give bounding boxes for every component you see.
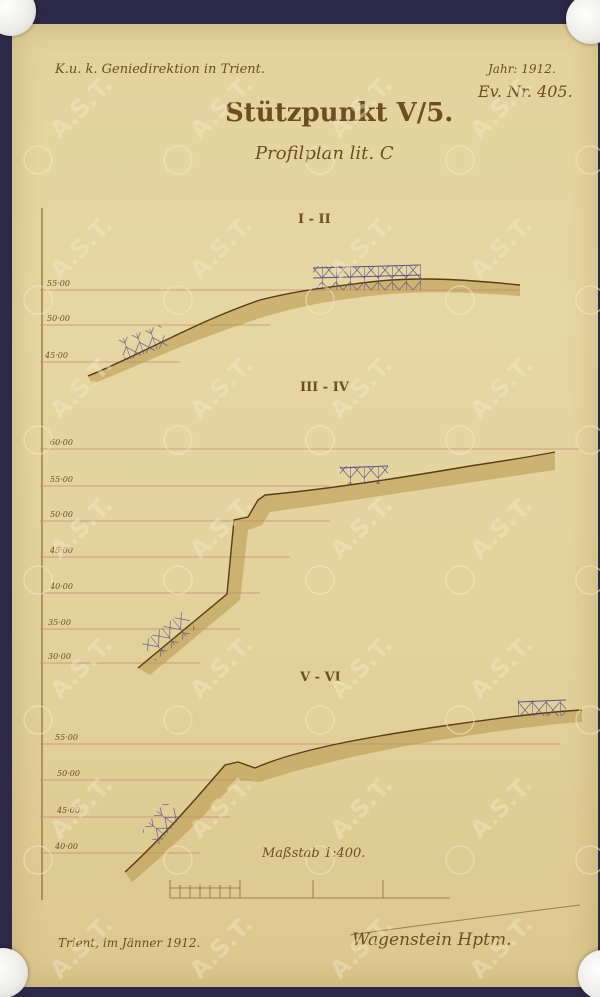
document-title: Stützpunkt V/5. xyxy=(225,98,453,128)
footer-place-date: Trient, im Jänner 1912. xyxy=(58,936,200,950)
document-subtitle: Profilplan lit. C xyxy=(255,143,394,164)
header-year: Jahr: 1912. xyxy=(488,62,556,76)
elev-label: 40·00 xyxy=(55,842,78,851)
elev-label: 45·00 xyxy=(57,806,80,815)
footer-signature: Wagenstein Hptm. xyxy=(352,930,512,950)
elev-label: 40·00 xyxy=(50,582,73,591)
elev-label: 45·00 xyxy=(45,351,68,360)
elev-label: 30·00 xyxy=(48,652,71,661)
elev-label: 50·00 xyxy=(50,510,73,519)
header-authority: K.u. k. Geniedirektion in Trient. xyxy=(55,62,265,77)
elev-label: 55·00 xyxy=(47,279,70,288)
profile-2-grid xyxy=(40,449,580,663)
elev-label: 60·00 xyxy=(50,438,73,447)
elev-label: 50·00 xyxy=(47,314,70,323)
scale-bar xyxy=(170,880,450,898)
profile-3-label: V - VI xyxy=(300,670,341,685)
elev-label: 35·00 xyxy=(48,618,71,627)
profile-2-ground xyxy=(138,452,555,675)
elev-label: 55·00 xyxy=(55,733,78,742)
scale-label: Maßstab 1:400. xyxy=(262,846,365,861)
elev-label: 45·00 xyxy=(50,546,73,555)
profile-2-label: III - IV xyxy=(300,380,349,395)
elev-label: 50·00 xyxy=(57,769,80,778)
header-number: Ev. Nr. 405. xyxy=(478,82,573,101)
profile-1-ground xyxy=(88,265,520,384)
elev-label: 55·00 xyxy=(50,475,73,484)
profile-1-label: I - II xyxy=(298,212,331,227)
